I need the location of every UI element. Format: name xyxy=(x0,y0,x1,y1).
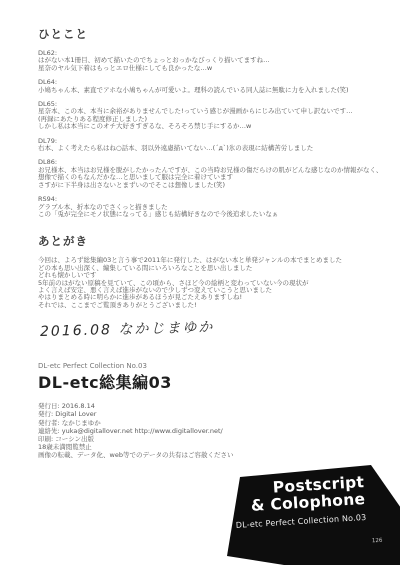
afterword-line: それでは、ここまでご覧頂きありがとうございました! xyxy=(38,302,382,309)
afterword-heading: あとがき xyxy=(38,233,382,249)
colophon-detail-line: 連絡先: yuka@digitallover.net http://www.di… xyxy=(38,427,382,435)
comment-entry-dl79: DL79: 右本、よく考えたら私はね○話本、羽以外遠慮描いてない…(´д`)氷の… xyxy=(38,138,382,153)
doujin-postscript-page: ひとこと DL62: はがない本1冊目、初めて描いたのでちょっとおっかなびっくり… xyxy=(0,0,400,565)
entry-line: 小鳩ちゃん本、素直でアホな小鳩ちゃんが可愛いよ。理科の読んでいる同人誌に無駄に力… xyxy=(38,87,382,94)
banner-text-block: Postscript & Colophone DL-etc Perfect Co… xyxy=(234,474,367,530)
comment-entry-dl64: DL64: 小鳩ちゃん本、素直でアホな小鳩ちゃんが可愛いよ。理科の読んでいる同人… xyxy=(38,79,382,94)
entry-line: 右本、よく考えたら私はね○話本、羽以外遠慮描いてない…(´д`)氷の表現に結構苦… xyxy=(38,145,382,152)
afterword-section: あとがき 今回は、よろず総集編03と言う事で2011年に発行した、はがない本と単… xyxy=(38,233,382,341)
banner-subtitle: DL-etc Perfect Collection No.03 xyxy=(236,513,367,530)
colophon-detail-line: 画像の転載、データ化、web等でのデータの共有はご容赦ください xyxy=(38,451,382,459)
entry-line: 星奈のヤル気下着はもっとエロ仕様にしても良かったな…w xyxy=(38,65,382,72)
signature-name: なかじまゆか xyxy=(118,320,214,339)
entry-line: しかし私は本当にこのオチ大好きすぎるな、そろそろ禁じ手にするか…w xyxy=(38,123,382,130)
comment-entry-rs94: RS94: グラブル本、折本なのでさくっと描きました この「兎が完全にモノ状態に… xyxy=(38,196,382,218)
comment-entry-dl62: DL62: はがない本1冊目、初めて描いたのでちょっとおっかなびっくり描いてます… xyxy=(38,50,382,72)
comments-section: ひとこと DL62: はがない本1冊目、初めて描いたのでちょっとおっかなびっくり… xyxy=(38,26,382,218)
colophon-series-label: DL-etc Perfect Collection No.03 xyxy=(38,362,382,370)
colophon-detail-line: 発行: Digital Lover xyxy=(38,410,382,418)
page-number: 126 xyxy=(372,538,383,545)
page-content: ひとこと DL62: はがない本1冊目、初めて描いたのでちょっとおっかなびっくり… xyxy=(0,0,400,460)
comment-entry-dl86: DL86: お兄様本、本当はお兄様を脱がしたかったんですが、この当時お兄様の傷だ… xyxy=(38,159,382,189)
colophon-detail-line: 発行者: なかじまゆか xyxy=(38,419,382,427)
handwritten-signature: 2016.08 なかじまゆか xyxy=(40,317,215,342)
postscript-banner: Postscript & Colophone DL-etc Perfect Co… xyxy=(225,458,400,565)
signature-date: 2016.08 xyxy=(40,322,112,340)
comments-heading: ひとこと xyxy=(38,26,382,42)
colophon-section: DL-etc Perfect Collection No.03 DL-etc総集… xyxy=(38,362,382,459)
colophon-title: DL-etc総集編03 xyxy=(38,370,382,393)
entry-line: この「兎が完全にモノ状態になってる」感じも結構好きなので今後追求したいなぁ xyxy=(38,211,382,218)
comment-entry-dl65: DL65: 星奈本、この本、本当に余裕がありませんでした!っていう感じが漫画から… xyxy=(38,101,382,131)
colophon-detail-line: 印刷: コーシン出版 xyxy=(38,435,382,443)
entry-line: さすがに下半身は出さないとまずいのでそこは想像しました(笑) xyxy=(38,182,382,189)
